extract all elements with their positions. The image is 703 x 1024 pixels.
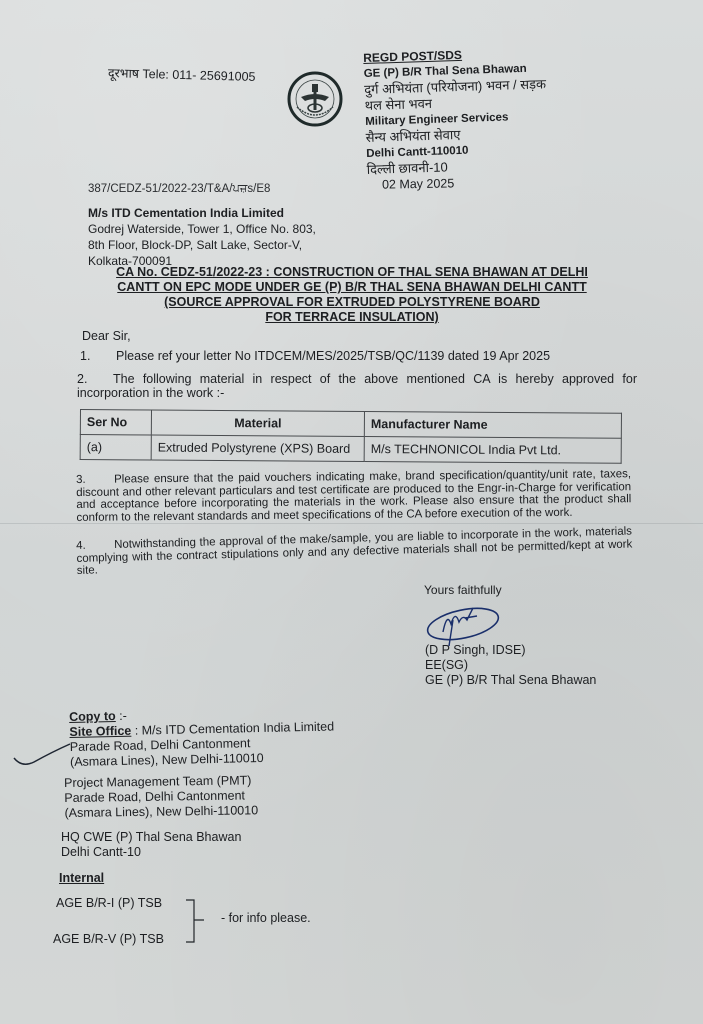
site-office-name: : M/s ITD Cementation India Limited: [131, 719, 334, 737]
letterhead-block: REGD POST/SDS GE (P) B/R Thal Sena Bhawa…: [363, 44, 549, 178]
addressee-line-2: 8th Floor, Block-DP, Salt Lake, Sector-V…: [88, 237, 316, 253]
paragraph-3-text: Please ensure that the paid vouchers ind…: [76, 468, 631, 523]
cell-ser-no: (a): [80, 435, 151, 460]
site-office-label: Site Office: [69, 724, 131, 739]
internal-heading: Internal: [59, 871, 104, 885]
mes-emblem-icon: [287, 71, 343, 127]
header-manufacturer: Manufacturer Name: [364, 411, 621, 438]
copy-to-heading-suffix: :-: [116, 709, 127, 723]
copy-to-block: Copy to :- Site Office : M/s ITD Cementa…: [69, 704, 335, 770]
subject-line-1: CA No. CEDZ-51/2022-23 : CONSTRUCTION OF…: [84, 265, 620, 280]
subject-line-3: (SOURCE APPROVAL FOR EXTRUDED POLYSTYREN…: [84, 295, 620, 310]
paragraph-3: 3.Please ensure that the paid vouchers i…: [76, 468, 631, 524]
subject-line-2: CANTT ON EPC MODE UNDER GE (P) B/R THAL …: [84, 280, 620, 295]
salutation: Dear Sir,: [82, 329, 131, 343]
header-material: Material: [151, 410, 364, 436]
paragraph-2-text: The following material in respect of the…: [77, 372, 637, 400]
hq-block: HQ CWE (P) Thal Sena Bhawan Delhi Cantt-…: [61, 830, 241, 860]
bracket-icon: [184, 898, 206, 944]
hq-name: HQ CWE (P) Thal Sena Bhawan: [61, 830, 241, 845]
paragraph-1-text: Please ref your letter No ITDCEM/MES/202…: [116, 349, 550, 363]
paragraph-2-number: 2.: [77, 372, 113, 386]
paragraph-1-number: 1.: [80, 349, 116, 363]
paragraph-2: 2.The following material in respect of t…: [77, 372, 637, 400]
material-approval-table: Ser No Material Manufacturer Name (a) Ex…: [80, 409, 622, 464]
letter-date: 02 May 2025: [382, 176, 455, 191]
cell-manufacturer: M/s TECHNONICOL India Pvt Ltd.: [364, 436, 621, 463]
header-ser-no: Ser No: [80, 410, 151, 435]
internal-recipient-1: AGE B/R-I (P) TSB: [56, 896, 162, 910]
hq-line-1: Delhi Cantt-10: [61, 845, 241, 860]
paragraph-3-number: 3.: [76, 474, 114, 487]
copy-to-heading: Copy to: [69, 709, 116, 724]
addressee-line-1: Godrej Waterside, Tower 1, Office No. 80…: [88, 221, 316, 237]
signatory-name: (D P Singh, IDSE): [425, 643, 596, 658]
pmt-block: Project Management Team (PMT) Parade Roa…: [64, 773, 258, 821]
internal-recipient-2: AGE B/R-V (P) TSB: [53, 932, 164, 946]
signature-icon: [425, 602, 503, 648]
paragraph-4-number: 4.: [76, 539, 114, 552]
tick-mark-icon: [12, 740, 72, 770]
addressee-block: M/s ITD Cementation India Limited Godrej…: [88, 205, 316, 269]
table-row: (a) Extruded Polystyrene (XPS) Board M/s…: [80, 435, 621, 464]
pmt-line-2: (Asmara Lines), New Delhi-110010: [64, 803, 258, 821]
cell-material: Extruded Polystyrene (XPS) Board: [151, 435, 364, 461]
subject-heading: CA No. CEDZ-51/2022-23 : CONSTRUCTION OF…: [84, 265, 620, 325]
subject-line-4: FOR TERRACE INSULATION): [84, 310, 620, 325]
table-header-row: Ser No Material Manufacturer Name: [80, 410, 621, 439]
addressee-name: M/s ITD Cementation India Limited: [88, 205, 316, 221]
signatory-block: (D P Singh, IDSE) EE(SG) GE (P) B/R Thal…: [425, 643, 596, 688]
paragraph-1: 1.Please ref your letter No ITDCEM/MES/2…: [80, 349, 550, 363]
closing-text: Yours faithfully: [424, 583, 502, 597]
info-note: - for info please.: [221, 911, 311, 925]
signatory-office: GE (P) B/R Thal Sena Bhawan: [425, 673, 596, 688]
reference-number: 387/CEDZ-51/2022-23/T&A/ਪਜ਼s/E8: [88, 183, 270, 196]
signatory-rank: EE(SG): [425, 658, 596, 673]
